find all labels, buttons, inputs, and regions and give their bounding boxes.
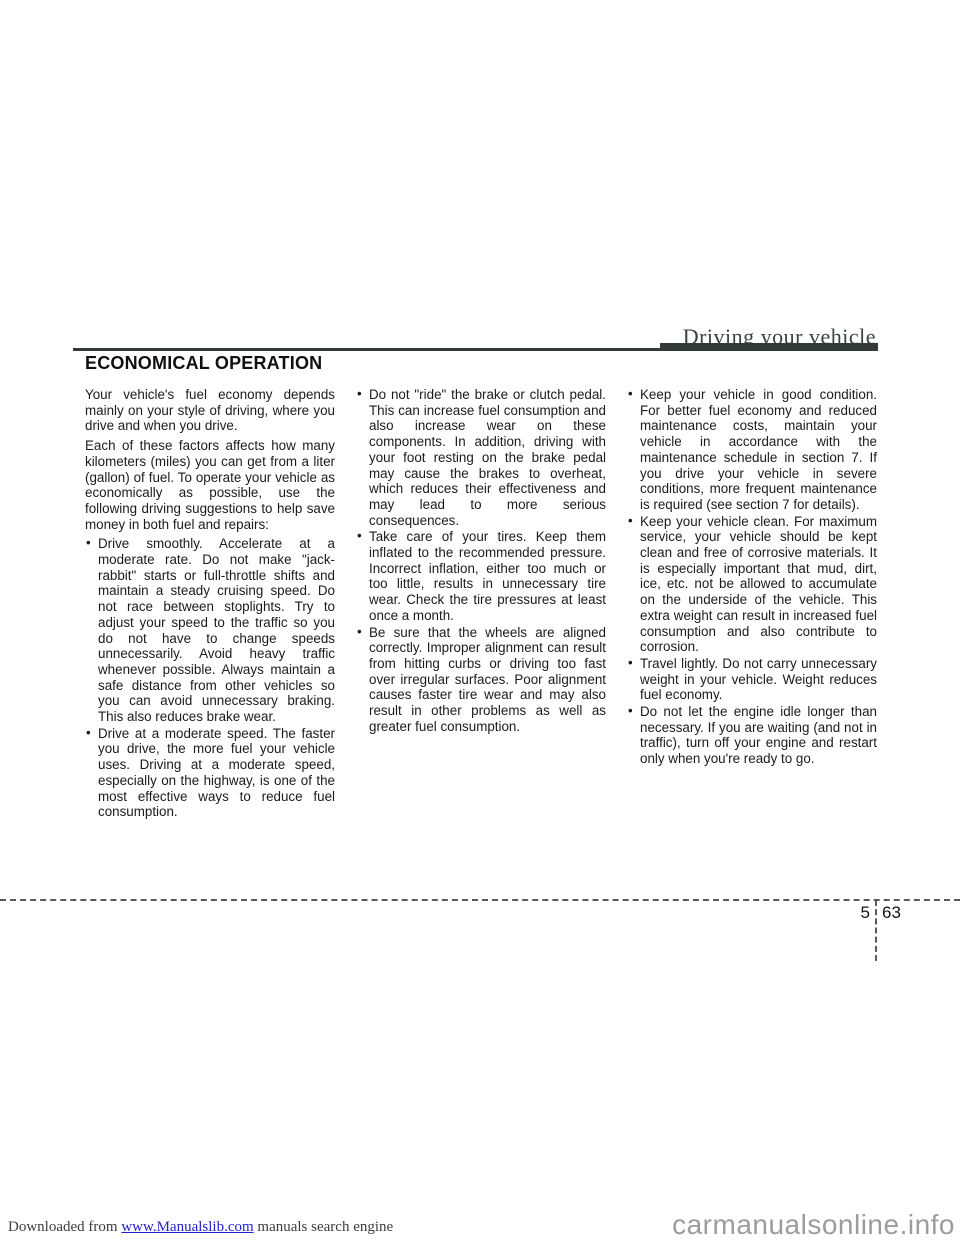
list-item: • Drive at a moderate speed. The faster … <box>85 726 335 820</box>
section-title: ECONOMICAL OPERATION <box>85 353 322 374</box>
watermark: carmanualsonline.info <box>672 1209 955 1241</box>
list-item: • Keep your vehicle clean. For maximum s… <box>627 514 877 655</box>
page-footer-rule <box>0 899 960 901</box>
list-item-text: Do not let the engine idle longer than n… <box>640 704 877 766</box>
header-bar <box>660 343 878 351</box>
bullet-icon: • <box>628 655 633 671</box>
list-item-text: Drive smoothly. Accelerate at a moderate… <box>98 536 335 724</box>
list-item-text: Keep your vehicle in good condition. For… <box>640 387 877 512</box>
list-item: • Do not "ride" the brake or clutch peda… <box>356 387 606 528</box>
column-2: • Do not "ride" the brake or clutch peda… <box>356 387 606 821</box>
manualslib-link[interactable]: www.Manualslib.com <box>121 1219 253 1235</box>
header-rule <box>73 348 661 351</box>
column-3: • Keep your vehicle in good condition. F… <box>627 387 877 821</box>
list-item: • Take care of your tires. Keep them inf… <box>356 529 606 623</box>
page-number-divider <box>875 900 877 961</box>
bullet-icon: • <box>357 386 362 402</box>
bullet-icon: • <box>357 528 362 544</box>
text-columns: Your vehicle's fuel economy depends main… <box>85 387 878 821</box>
bullet-icon: • <box>357 624 362 640</box>
bullet-icon: • <box>628 386 633 402</box>
list-item: • Keep your vehicle in good condition. F… <box>627 387 877 513</box>
list-item: • Drive smoothly. Accelerate at a modera… <box>85 536 335 724</box>
bullet-icon: • <box>628 513 633 529</box>
bullet-icon: • <box>628 703 633 719</box>
bullet-icon: • <box>86 725 91 741</box>
download-suffix: manuals search engine <box>257 1219 393 1235</box>
download-prefix: Downloaded from <box>8 1219 118 1235</box>
download-attribution: Downloaded from www.Manualslib.com manua… <box>8 1219 393 1236</box>
list-item-text: Keep your vehicle clean. For maximum ser… <box>640 514 877 655</box>
list-item: • Do not let the engine idle longer than… <box>627 704 877 767</box>
list-item: • Be sure that the wheels are aligned co… <box>356 625 606 735</box>
list-item: • Travel lightly. Do not carry unnecessa… <box>627 656 877 703</box>
page-number: 63 <box>882 903 901 923</box>
paragraph: Your vehicle's fuel economy depends main… <box>85 387 335 434</box>
column-1: Your vehicle's fuel economy depends main… <box>85 387 335 821</box>
list-item-text: Be sure that the wheels are aligned corr… <box>369 625 606 734</box>
list-item-text: Do not "ride" the brake or clutch pedal.… <box>369 387 606 528</box>
list-item-text: Travel lightly. Do not carry unnecessary… <box>640 656 877 702</box>
bullet-icon: • <box>86 535 91 551</box>
list-item-text: Take care of your tires. Keep them infla… <box>369 529 606 623</box>
manual-page: Driving your vehicle ECONOMICAL OPERATIO… <box>0 0 960 1242</box>
list-item-text: Drive at a moderate speed. The faster yo… <box>98 726 335 820</box>
chapter-number: 5 <box>835 903 870 923</box>
paragraph: Each of these factors affects how many k… <box>85 438 335 532</box>
